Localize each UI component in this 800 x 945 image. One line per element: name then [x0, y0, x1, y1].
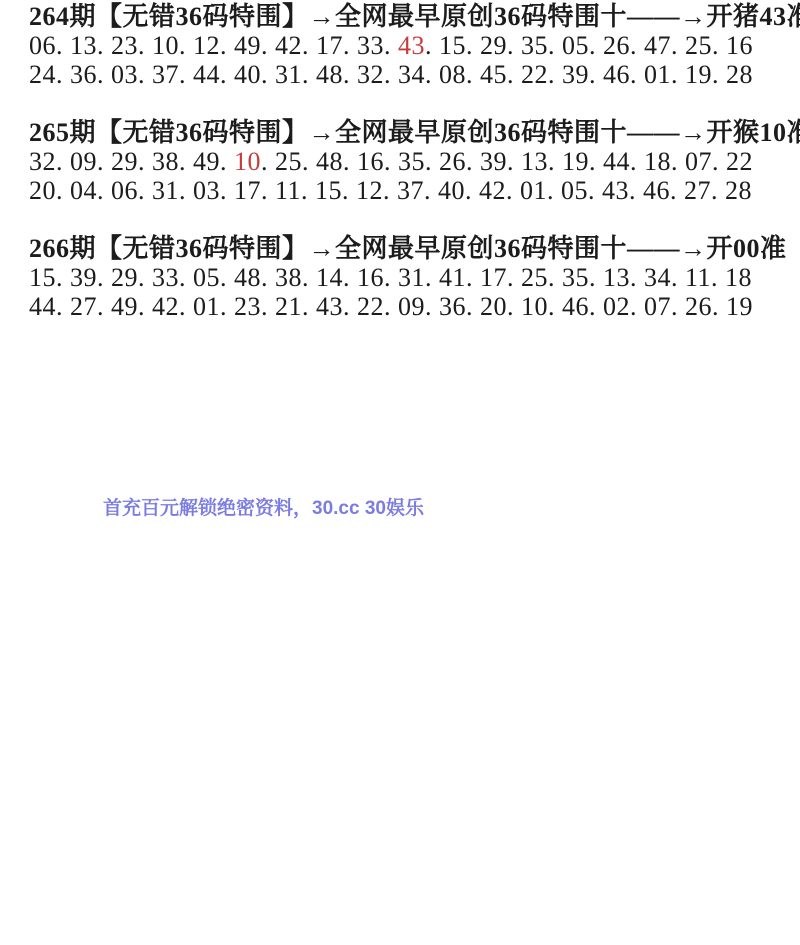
- predictions-content: 264期【无错36码特围】→全网最早原创36码特围十——→开猪43准 06. 1…: [0, 0, 800, 321]
- prediction-block-266: 266期【无错36码特围】→全网最早原创36码特围十——→开00准 15. 39…: [29, 234, 800, 321]
- numbers-row-1: 32. 09. 29. 38. 49. 10. 25. 48. 16. 35. …: [29, 147, 800, 176]
- prediction-block-265: 265期【无错36码特围】→全网最早原创36码特围十——→开猴10准 32. 0…: [29, 118, 800, 205]
- numbers-row1-pre: 32. 09. 29. 38. 49.: [29, 147, 234, 176]
- numbers-row-2: 44. 27. 49. 42. 01. 23. 21. 43. 22. 09. …: [29, 292, 800, 321]
- numbers-row1-post: . 25. 48. 16. 35. 26. 39. 13. 19. 44. 18…: [261, 147, 753, 176]
- numbers-row-1: 06. 13. 23. 10. 12. 49. 42. 17. 33. 43. …: [29, 31, 800, 60]
- numbers-row1-pre: 15. 39. 29. 33. 05. 48. 38. 14. 16. 31. …: [29, 263, 752, 292]
- numbers-row-2: 24. 36. 03. 37. 44. 40. 31. 48. 32. 34. …: [29, 60, 800, 89]
- numbers-row-1: 15. 39. 29. 33. 05. 48. 38. 14. 16. 31. …: [29, 263, 800, 292]
- prediction-block-264: 264期【无错36码特围】→全网最早原创36码特围十——→开猪43准 06. 1…: [29, 2, 800, 89]
- block-header: 264期【无错36码特围】→全网最早原创36码特围十——→开猪43准: [29, 2, 800, 31]
- hit-number: 10: [234, 147, 261, 176]
- numbers-row1-post: . 15. 29. 35. 05. 26. 47. 25. 16: [425, 31, 753, 60]
- numbers-row-2: 20. 04. 06. 31. 03. 17. 11. 15. 12. 37. …: [29, 176, 800, 205]
- hit-number: 43: [398, 31, 425, 60]
- promo-link[interactable]: 首充百元解锁绝密资料，30.cc 30娱乐: [103, 498, 424, 520]
- block-header: 265期【无错36码特围】→全网最早原创36码特围十——→开猴10准: [29, 118, 800, 147]
- block-header: 266期【无错36码特围】→全网最早原创36码特围十——→开00准: [29, 234, 800, 263]
- numbers-row1-pre: 06. 13. 23. 10. 12. 49. 42. 17. 33.: [29, 31, 398, 60]
